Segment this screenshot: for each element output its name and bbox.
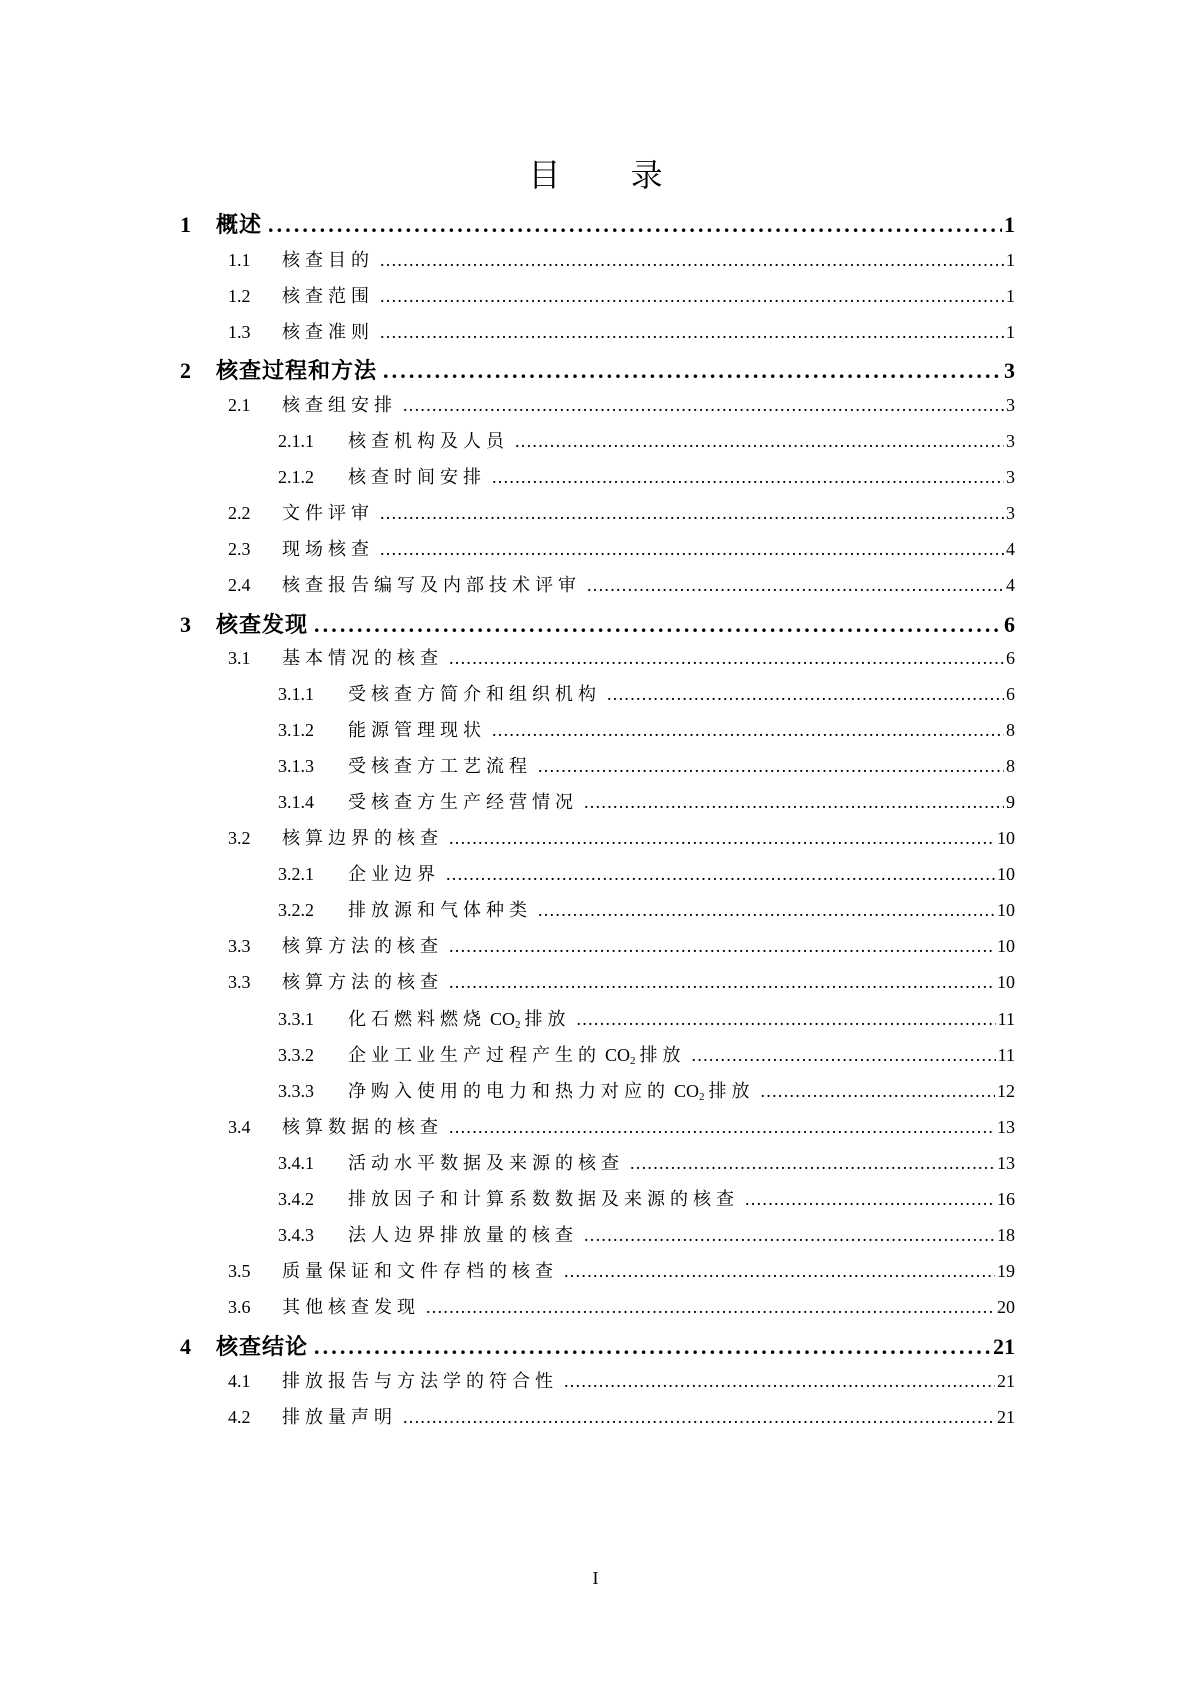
toc-entry-2-3[interactable]: 2.3 现场核查 4 [228,535,1015,569]
dot-leader [492,720,1004,741]
toc-page: 3 [1006,395,1015,416]
toc-label: 核查范围 [282,282,374,308]
toc-page: 9 [1006,792,1015,813]
toc-label: 核查结论 [216,1330,308,1361]
co2-text: CO [674,1081,699,1101]
dot-leader [584,1225,995,1246]
toc-number: 3.4 [228,1117,282,1138]
toc-page: 4 [1006,575,1015,596]
toc-page: 10 [997,864,1015,885]
toc-entry-1-2[interactable]: 1.2 核查范围 1 [228,282,1015,316]
toc-number: 3.1 [228,648,282,669]
label-text: 化石燃料燃烧 [348,1009,486,1030]
toc-label: 企业边界 [348,860,440,886]
toc-label: 核查目的 [282,246,374,272]
dot-leader [607,684,1004,705]
toc-entry-3-2-2[interactable]: 3.2.2 排放源和气体种类 10 [278,896,1015,930]
toc-label: 其他核查发现 [282,1293,420,1319]
toc-entry-3-4-2[interactable]: 3.4.2 排放因子和计算系数数据及来源的核查 16 [278,1185,1015,1219]
toc-number: 2.2 [228,503,282,524]
co2-formula: CO2 [490,1009,521,1029]
toc-page: 18 [997,1225,1015,1246]
dot-leader [745,1189,995,1210]
toc-number: 3.4.3 [278,1225,348,1246]
toc-entry-3-3-1[interactable]: 3.3.1 化石燃料燃烧CO2排放 11 [278,1005,1015,1039]
toc-entry-2-2[interactable]: 2.2 文件评审 3 [228,499,1015,533]
toc-number: 1.2 [228,286,282,307]
toc-number: 3.2.1 [278,864,348,885]
toc-number: 3.3.3 [278,1081,348,1102]
toc-label: 受核查方工艺流程 [348,752,532,778]
toc-number: 1.3 [228,322,282,343]
co2-text: CO [490,1009,515,1029]
toc-number: 4 [180,1334,216,1360]
toc-entry-3-4-1[interactable]: 3.4.1 活动水平数据及来源的核查 13 [278,1149,1015,1183]
toc-entry-3[interactable]: 3 核查发现 6 [180,608,1015,642]
toc-entry-3-4[interactable]: 3.4 核算数据的核查 13 [228,1113,1015,1147]
toc-entry-2-1[interactable]: 2.1 核查组安排 3 [228,391,1015,425]
toc-page: 8 [1006,720,1015,741]
toc-page: 3 [1004,358,1015,384]
toc-number: 3.2 [228,828,282,849]
toc-number: 3.3 [228,972,282,993]
toc-entry-3-3-duplicate[interactable]: 3.3 核算方法的核查 10 [228,968,1015,1002]
dot-leader [383,358,1002,384]
dot-leader [630,1153,995,1174]
toc-number: 3.3 [228,936,282,957]
toc-entry-3-1[interactable]: 3.1 基本情况的核查 6 [228,644,1015,678]
toc-label: 化石燃料燃烧CO2排放 [348,1005,571,1031]
label-text: 排放 [640,1045,686,1066]
toc-label: 概述 [216,208,262,239]
toc-page: 3 [1006,503,1015,524]
dot-leader [449,1117,995,1138]
toc-page: 10 [997,972,1015,993]
toc-entry-3-1-3[interactable]: 3.1.3 受核查方工艺流程 8 [278,752,1015,786]
toc-page: 1 [1006,322,1015,343]
toc-label: 法人边界排放量的核查 [348,1221,578,1247]
toc-label: 核查过程和方法 [216,354,377,385]
co2-subscript: 2 [630,1055,636,1067]
toc-number: 4.2 [228,1407,282,1428]
toc-label: 质量保证和文件存档的核查 [282,1257,558,1283]
co2-formula: CO2 [605,1045,636,1065]
toc-number: 2.1 [228,395,282,416]
toc-number: 3.4.1 [278,1153,348,1174]
toc-entry-2-1-1[interactable]: 2.1.1 核查机构及人员 3 [278,427,1015,461]
dot-leader [380,539,1004,560]
toc-entry-2-4[interactable]: 2.4 核查报告编写及内部技术评审 4 [228,571,1015,605]
toc-number: 3.1.4 [278,792,348,813]
toc-page: 13 [997,1117,1015,1138]
dot-leader [692,1045,996,1066]
toc-label: 净购入使用的电力和热力对应的CO2排放 [348,1077,755,1103]
dot-leader [314,1334,991,1360]
toc-entry-3-5[interactable]: 3.5 质量保证和文件存档的核查 19 [228,1257,1015,1291]
dot-leader [380,503,1004,524]
dot-leader [268,212,1002,238]
toc-page: 3 [1006,431,1015,452]
toc-page: 13 [997,1153,1015,1174]
toc-page: 6 [1006,648,1015,669]
toc-number: 3.3.2 [278,1045,348,1066]
toc-entry-3-1-4[interactable]: 3.1.4 受核查方生产经营情况 9 [278,788,1015,822]
toc-label: 排放量声明 [282,1403,397,1429]
dot-leader [492,467,1004,488]
toc-entry-3-3-2[interactable]: 3.3.2 企业工业生产过程产生的CO2排放 11 [278,1041,1015,1075]
toc-label: 活动水平数据及来源的核查 [348,1149,624,1175]
dot-leader [587,575,1004,596]
toc-page: 21 [997,1371,1015,1392]
toc-label: 排放因子和计算系数数据及来源的核查 [348,1185,739,1211]
toc-entry-4-2[interactable]: 4.2 排放量声明 21 [228,1403,1015,1437]
dot-leader [403,395,1004,416]
toc-number: 4.1 [228,1371,282,1392]
toc-page: 21 [993,1334,1015,1360]
toc-page: 1 [1006,250,1015,271]
dot-leader [449,828,995,849]
dot-leader [426,1297,995,1318]
toc-label: 核查报告编写及内部技术评审 [282,571,581,597]
dot-leader [449,936,995,957]
dot-leader [380,322,1004,343]
dot-leader [538,900,995,921]
toc-label: 企业工业生产过程产生的CO2排放 [348,1041,686,1067]
toc-label: 受核查方简介和组织机构 [348,680,601,706]
toc-label: 基本情况的核查 [282,644,443,670]
toc-entry-4[interactable]: 4 核查结论 21 [180,1330,1015,1364]
dot-leader [449,972,995,993]
toc-entry-4-1[interactable]: 4.1 排放报告与方法学的符合性 21 [228,1367,1015,1401]
toc-number: 3.5 [228,1261,282,1282]
toc-page: 16 [997,1189,1015,1210]
toc-number: 2.1.1 [278,431,348,452]
dot-leader [314,612,1002,638]
dot-leader [564,1371,995,1392]
toc-entry-3-1-2[interactable]: 3.1.2 能源管理现状 8 [278,716,1015,750]
toc-label: 受核查方生产经营情况 [348,788,578,814]
label-text: 排放 [709,1081,755,1102]
dot-leader [761,1081,995,1102]
toc-entry-3-1-1[interactable]: 3.1.1 受核查方简介和组织机构 6 [278,680,1015,714]
toc-number: 1 [180,212,216,238]
label-text: 净购入使用的电力和热力对应的 [348,1081,670,1102]
dot-leader [380,286,1004,307]
toc-page: 8 [1006,756,1015,777]
dot-leader [584,792,1004,813]
page-number: I [0,1568,1191,1589]
toc-page: 10 [997,828,1015,849]
dot-leader [577,1009,996,1030]
toc-entry-3-2-1[interactable]: 3.2.1 企业边界 10 [278,860,1015,894]
toc-page: 11 [998,1009,1015,1030]
toc-entry-3-3-3[interactable]: 3.3.3 净购入使用的电力和热力对应的CO2排放 12 [278,1077,1015,1111]
toc-number: 3.4.2 [278,1189,348,1210]
toc-label: 核查机构及人员 [348,427,509,453]
dot-leader [449,648,1004,669]
dot-leader [403,1407,995,1428]
toc-entry-1-1[interactable]: 1.1 核查目的 1 [228,246,1015,280]
co2-subscript: 2 [515,1019,521,1031]
toc-number: 3.6 [228,1297,282,1318]
toc-number: 2 [180,358,216,384]
toc-page: 4 [1006,539,1015,560]
co2-formula: CO2 [674,1081,705,1101]
toc-page: 6 [1006,684,1015,705]
toc-number: 2.3 [228,539,282,560]
toc-entry-3-4-3[interactable]: 3.4.3 法人边界排放量的核查 18 [278,1221,1015,1255]
toc-label: 核算数据的核查 [282,1113,443,1139]
dot-leader [515,431,1004,452]
toc-number: 3.2.2 [278,900,348,921]
toc-page: 6 [1004,612,1015,638]
toc-page: 10 [997,900,1015,921]
toc-entry-2[interactable]: 2 核查过程和方法 3 [180,354,1015,388]
dot-leader [380,250,1004,271]
toc-label: 排放报告与方法学的符合性 [282,1367,558,1393]
toc-label: 核算方法的核查 [282,968,443,994]
page-title: 目 录 [0,150,1191,196]
label-text: 排放 [525,1009,571,1030]
toc-label: 核算边界的核查 [282,824,443,850]
dot-leader [564,1261,995,1282]
toc-number: 3 [180,612,216,638]
toc-page: 3 [1006,467,1015,488]
toc-entry-3-2[interactable]: 3.2 核算边界的核查 10 [228,824,1015,858]
dot-leader [446,864,995,885]
co2-text: CO [605,1045,630,1065]
toc-label: 文件评审 [282,499,374,525]
toc-page: 11 [998,1045,1015,1066]
toc-page: 21 [997,1407,1015,1428]
toc-entry-3-6[interactable]: 3.6 其他核查发现 20 [228,1293,1015,1327]
toc-number: 2.4 [228,575,282,596]
toc-number: 1.1 [228,250,282,271]
toc-label: 现场核查 [282,535,374,561]
toc-page: 10 [997,936,1015,957]
toc-entry-1-3[interactable]: 1.3 核查准则 1 [228,318,1015,352]
toc-label: 核查组安排 [282,391,397,417]
toc-number: 2.1.2 [278,467,348,488]
toc-label: 核查时间安排 [348,463,486,489]
toc-entry-3-3[interactable]: 3.3 核算方法的核查 10 [228,932,1015,966]
toc-page: 20 [997,1297,1015,1318]
toc-page: 1 [1004,212,1015,238]
toc-number: 3.1.2 [278,720,348,741]
toc-page: 1 [1006,286,1015,307]
co2-subscript: 2 [699,1091,705,1103]
toc-page: 19 [997,1261,1015,1282]
toc-label: 能源管理现状 [348,716,486,742]
toc-number: 3.1.3 [278,756,348,777]
toc-page: 12 [997,1081,1015,1102]
dot-leader [538,756,1004,777]
toc-number: 3.1.1 [278,684,348,705]
toc-label: 核算方法的核查 [282,932,443,958]
toc-label: 排放源和气体种类 [348,896,532,922]
toc-label: 核查准则 [282,318,374,344]
toc-entry-2-1-2[interactable]: 2.1.2 核查时间安排 3 [278,463,1015,497]
toc-label: 核查发现 [216,608,308,639]
toc-entry-1[interactable]: 1 概述 1 [180,208,1015,242]
label-text: 企业工业生产过程产生的 [348,1045,601,1066]
toc-number: 3.3.1 [278,1009,348,1030]
